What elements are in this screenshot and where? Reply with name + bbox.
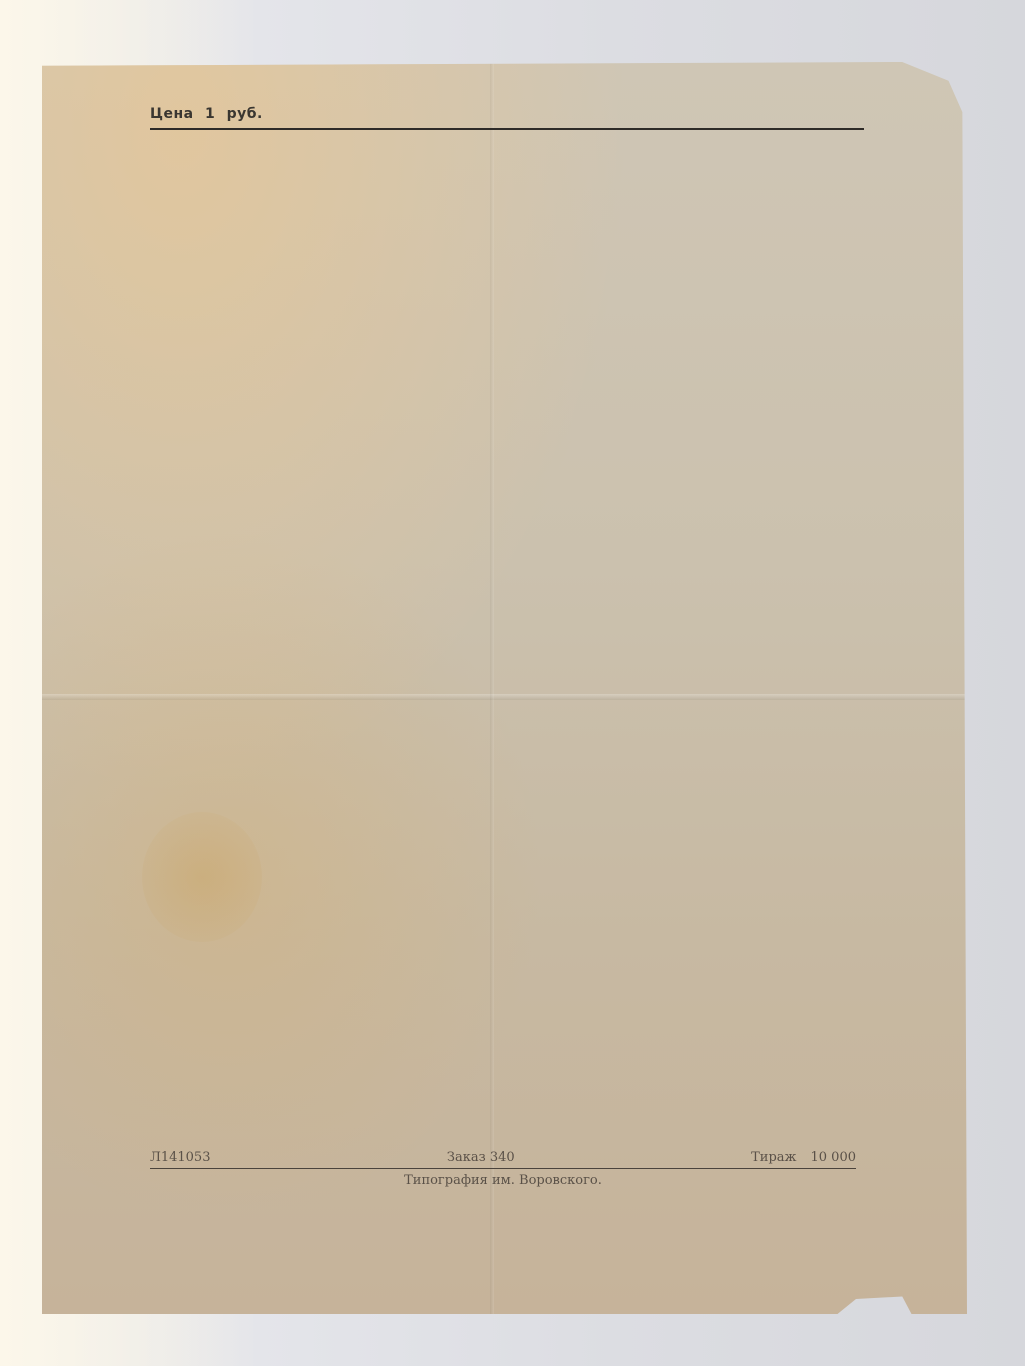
print-run-label: Тираж bbox=[751, 1150, 796, 1165]
imprint-row: Л141053 Заказ 340 Тираж10 000 bbox=[150, 1150, 856, 1165]
censor-code: Л141053 bbox=[150, 1150, 210, 1165]
paper-sheet: Цена 1 руб. Л141053 Заказ 340 Тираж10 00… bbox=[42, 62, 967, 1314]
page-header: Цена 1 руб. bbox=[150, 106, 864, 130]
header-rule bbox=[150, 128, 864, 130]
imprint-footer: Л141053 Заказ 340 Тираж10 000 Типография… bbox=[150, 1150, 856, 1188]
print-run: Тираж10 000 bbox=[751, 1150, 856, 1165]
order-number: Заказ 340 bbox=[447, 1150, 515, 1165]
printer-name: Типография им. Воровского. bbox=[150, 1173, 856, 1188]
footer-rule bbox=[150, 1168, 856, 1169]
price-label: Цена 1 руб. bbox=[150, 106, 864, 122]
vertical-fold bbox=[490, 62, 494, 1314]
horizontal-fold bbox=[42, 694, 967, 700]
print-run-value: 10 000 bbox=[811, 1150, 857, 1165]
paper-stain bbox=[142, 812, 262, 942]
